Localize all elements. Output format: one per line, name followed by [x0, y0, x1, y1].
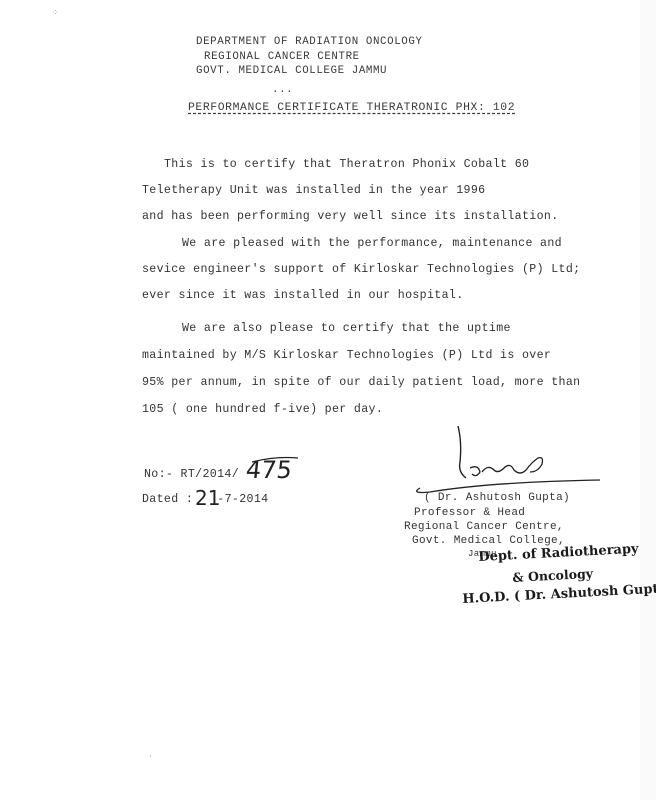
college-name: GOVT. MEDICAL COLLEGE JAMMU — [196, 65, 387, 77]
signatory-org-1: Regional Cancer Centre, — [404, 521, 564, 533]
handwritten-stroke — [250, 456, 300, 466]
paragraph-1-line-1: This is to certify that Theratron Phonix… — [164, 158, 529, 171]
reference-number-label: No:- RT/2014/ — [144, 468, 239, 481]
document-page — [0, 0, 640, 800]
scan-speck: ⁘ — [52, 8, 59, 18]
reference-number: No:- RT/2014/ — [144, 468, 239, 481]
scan-edge — [640, 0, 656, 800]
date-suffix: -7-2014 — [210, 493, 268, 506]
certificate-title: PERFORMANCE CERTIFICATE THERATRONIC PHX:… — [188, 102, 515, 114]
signatory-org-2: Govt. Medical College, — [412, 535, 565, 547]
paragraph-1-line-2: Teletherapy Unit was installed in the ye… — [142, 184, 485, 197]
department-name: DEPARTMENT OF RADIATION ONCOLOGY — [196, 36, 423, 48]
paragraph-2-line-2: sevice engineer's support of Kirloskar T… — [142, 263, 580, 276]
signature — [410, 422, 610, 502]
paragraph-3-line-4: 105 ( one hundred f-ive) per day. — [142, 403, 383, 416]
paragraph-1-line-3: and has been performing very well since … — [142, 210, 559, 223]
paragraph-2-line-1: We are pleased with the performance, mai… — [182, 237, 562, 250]
centre-name: REGIONAL CANCER CENTRE — [204, 51, 360, 63]
header-separator: ... — [272, 84, 293, 96]
date-label: Dated : — [142, 493, 193, 506]
paragraph-3-line-3: 95% per annum, in spite of our daily pat… — [142, 376, 580, 389]
paragraph-3-line-1: We are also please to certify that the u… — [182, 322, 511, 335]
signatory-name: ( Dr. Ashutosh Gupta) — [424, 492, 570, 504]
scan-speck: · — [148, 752, 153, 761]
paragraph-3-line-2: maintained by M/S Kirloskar Technologies… — [142, 349, 551, 362]
signatory-designation: Professor & Head — [414, 507, 525, 519]
paragraph-2-line-3: ever since it was installed in our hospi… — [142, 289, 464, 302]
